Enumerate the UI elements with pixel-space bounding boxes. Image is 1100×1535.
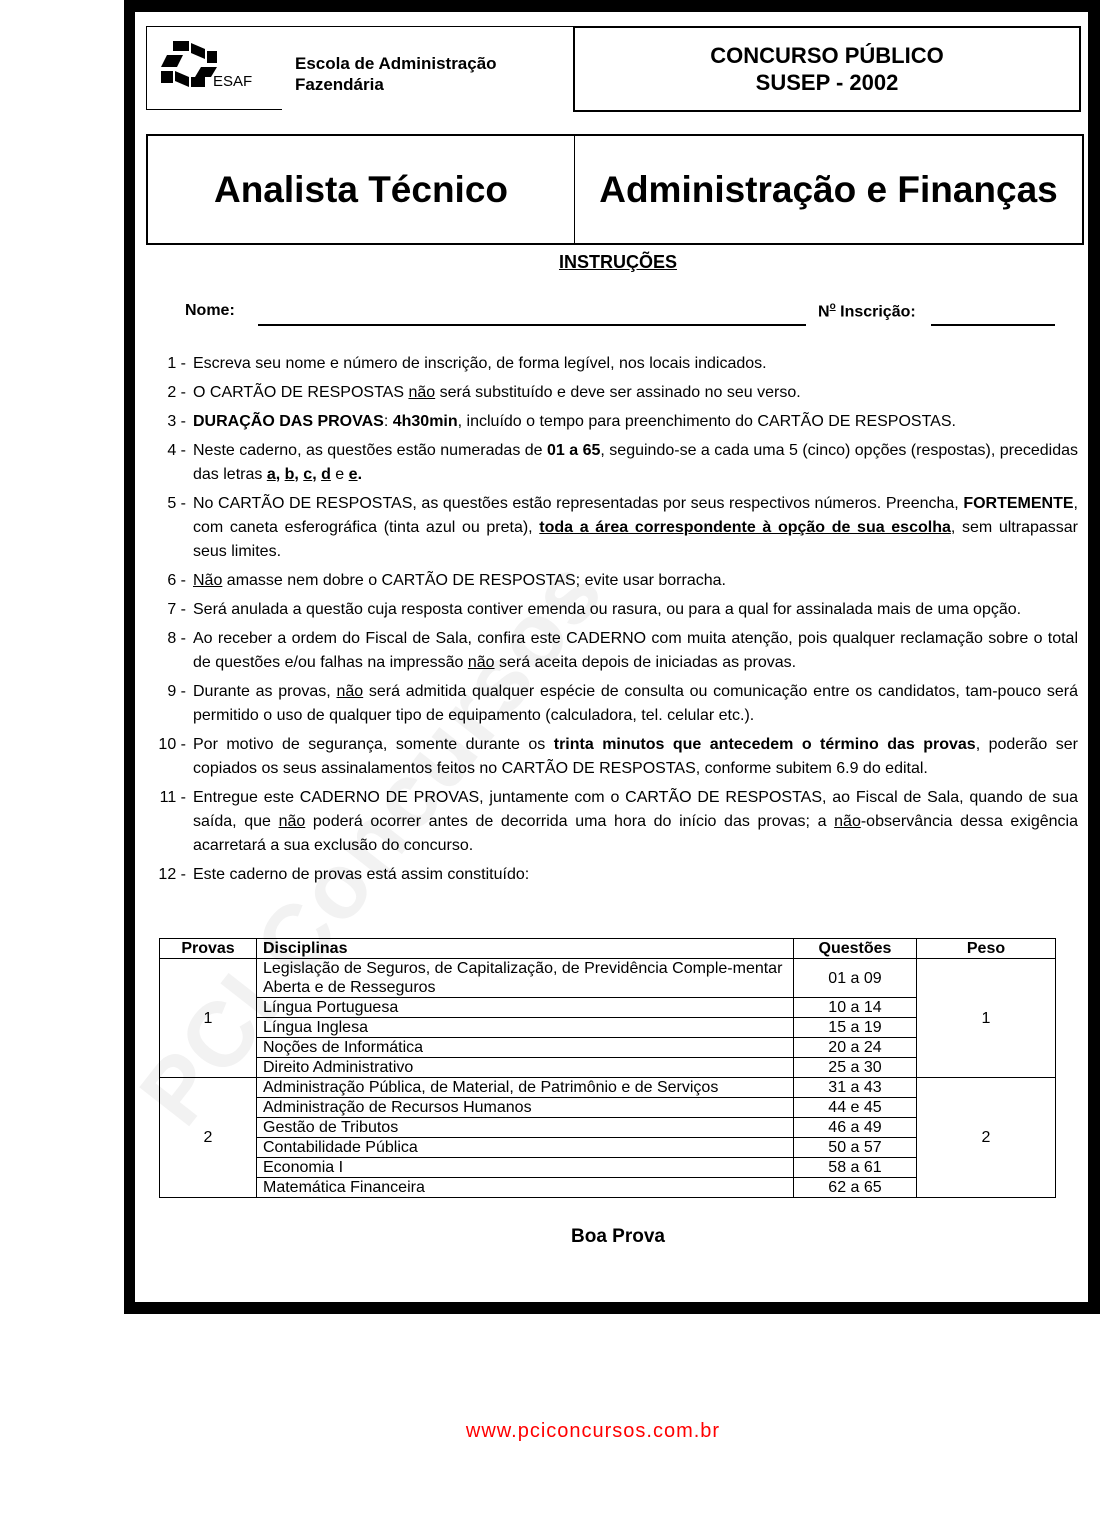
instruction-item: 10 -Por motivo de segurança, somente dur… bbox=[146, 733, 1078, 781]
disciplina-cell: Direito Administrativo bbox=[257, 1058, 794, 1078]
registration-label-text: Inscrição: bbox=[836, 303, 916, 320]
instruction-fragment: c bbox=[303, 466, 312, 483]
instruction-item: 3 -DURAÇÃO DAS PROVAS: 4h30min, incluído… bbox=[146, 410, 1078, 434]
instruction-fragment: 01 a 65 bbox=[547, 442, 600, 459]
registration-field[interactable] bbox=[931, 324, 1055, 326]
instruction-fragment: não bbox=[408, 384, 435, 401]
instruction-fragment: Durante as provas, bbox=[193, 683, 336, 700]
peso-cell: 1 bbox=[917, 959, 1056, 1078]
instruction-fragment: d bbox=[321, 466, 331, 483]
instruction-fragment: não bbox=[336, 683, 363, 700]
instruction-item: 11 -Entregue este CADERNO DE PROVAS, jun… bbox=[146, 786, 1078, 858]
disciplina-cell: Contabilidade Pública bbox=[257, 1138, 794, 1158]
prova-number: 2 bbox=[160, 1078, 257, 1198]
instruction-fragment: amasse nem dobre o CARTÃO DE RESPOSTAS; … bbox=[222, 572, 726, 589]
header-provas: Provas bbox=[160, 939, 257, 959]
instruction-fragment: não bbox=[279, 813, 306, 830]
table-header-row: Provas Disciplinas Questões Peso bbox=[160, 939, 1056, 959]
disciplina-cell: Gestão de Tributos bbox=[257, 1118, 794, 1138]
instruction-number: 7 - bbox=[146, 598, 186, 622]
registration-sup: o bbox=[830, 301, 836, 312]
instruction-number: 6 - bbox=[146, 569, 186, 593]
instruction-fragment: será aceita depois de iniciadas as prova… bbox=[495, 654, 797, 671]
instruction-fragment: e bbox=[331, 466, 349, 483]
header-peso: Peso bbox=[917, 939, 1056, 959]
instruction-fragment: , bbox=[294, 466, 303, 483]
instruction-item: 2 -O CARTÃO DE RESPOSTAS não será substi… bbox=[146, 381, 1078, 405]
instruction-fragment: , incluído o tempo para preenchimento do… bbox=[458, 413, 956, 430]
instruction-fragment: . bbox=[358, 466, 362, 483]
instruction-number: 3 - bbox=[146, 410, 186, 434]
footer-url[interactable]: www.pciconcursos.com.br bbox=[0, 1420, 1100, 1443]
instruction-item: 8 -Ao receber a ordem do Fiscal de Sala,… bbox=[146, 627, 1078, 675]
instruction-item: 12 -Este caderno de provas está assim co… bbox=[146, 863, 1078, 887]
instruction-number: 4 - bbox=[146, 439, 186, 463]
exam-structure-table: Provas Disciplinas Questões Peso 1Legisl… bbox=[159, 938, 1056, 1198]
instruction-fragment: , bbox=[312, 466, 321, 483]
instruction-fragment: será substituído e deve ser assinado no … bbox=[435, 384, 801, 401]
instruction-item: 6 -Não amasse nem dobre o CARTÃO DE RESP… bbox=[146, 569, 1078, 593]
questoes-cell: 31 a 43 bbox=[794, 1078, 917, 1098]
disciplina-cell: Língua Inglesa bbox=[257, 1018, 794, 1038]
instruction-text: Por motivo de segurança, somente durante… bbox=[193, 733, 1078, 781]
instruction-text: Neste caderno, as questões estão numerad… bbox=[193, 439, 1078, 487]
instruction-text: O CARTÃO DE RESPOSTAS não será substituí… bbox=[193, 381, 1078, 405]
disciplina-cell: Matemática Financeira bbox=[257, 1178, 794, 1198]
questoes-cell: 46 a 49 bbox=[794, 1118, 917, 1138]
instruction-number: 12 - bbox=[146, 863, 186, 887]
instructions-heading: INSTRUÇÕES bbox=[0, 252, 1100, 273]
area-title: Administração e Finanças bbox=[575, 136, 1082, 243]
instruction-text: DURAÇÃO DAS PROVAS: 4h30min, incluído o … bbox=[193, 410, 1078, 434]
registration-prefix: N bbox=[818, 303, 830, 320]
disciplina-cell: Língua Portuguesa bbox=[257, 998, 794, 1018]
school-name: Escola de Administração Fazendária bbox=[295, 53, 497, 95]
questoes-cell: 20 a 24 bbox=[794, 1038, 917, 1058]
esaf-logo: ESAF bbox=[161, 41, 261, 91]
instruction-fragment: FORTEMENTE bbox=[963, 495, 1073, 512]
instruction-number: 9 - bbox=[146, 680, 186, 704]
name-field[interactable] bbox=[258, 324, 806, 326]
esaf-logo-icon bbox=[161, 41, 217, 89]
disciplina-cell: Legislação de Seguros, de Capitalização,… bbox=[257, 959, 794, 998]
header-questoes: Questões bbox=[794, 939, 917, 959]
disciplina-cell: Economia I bbox=[257, 1158, 794, 1178]
contest-subtitle: SUSEP - 2002 bbox=[756, 69, 899, 96]
instruction-fragment: b bbox=[285, 466, 295, 483]
instruction-item: 9 -Durante as provas, não será admitida … bbox=[146, 680, 1078, 728]
header-box: ESAF Escola de Administração Fazendária … bbox=[146, 26, 1084, 111]
instruction-item: 1 -Escreva seu nome e número de inscriçã… bbox=[146, 352, 1078, 376]
instruction-number: 5 - bbox=[146, 492, 186, 516]
instruction-fragment: não bbox=[468, 654, 495, 671]
disciplina-cell: Administração de Recursos Humanos bbox=[257, 1098, 794, 1118]
questoes-cell: 10 a 14 bbox=[794, 998, 917, 1018]
instruction-fragment: trinta minutos que antecedem o término d… bbox=[554, 736, 976, 753]
disciplina-cell: Administração Pública, de Material, de P… bbox=[257, 1078, 794, 1098]
disciplina-cell: Noções de Informática bbox=[257, 1038, 794, 1058]
table-row: 2Administração Pública, de Material, de … bbox=[160, 1078, 1056, 1098]
instruction-fragment: Não bbox=[193, 572, 222, 589]
instruction-fragment: a bbox=[267, 466, 276, 483]
instruction-fragment: Neste caderno, as questões estão numerad… bbox=[193, 442, 547, 459]
questoes-cell: 58 a 61 bbox=[794, 1158, 917, 1178]
school-name-line1: Escola de Administração bbox=[295, 53, 497, 74]
instruction-text: Escreva seu nome e número de inscrição, … bbox=[193, 352, 1078, 376]
contest-title: CONCURSO PÚBLICO bbox=[710, 42, 943, 69]
header-disciplinas: Disciplinas bbox=[257, 939, 794, 959]
instruction-text: Não amasse nem dobre o CARTÃO DE RESPOST… bbox=[193, 569, 1078, 593]
instruction-number: 11 - bbox=[146, 786, 186, 810]
peso-cell: 2 bbox=[917, 1078, 1056, 1198]
instruction-text: Ao receber a ordem do Fiscal de Sala, co… bbox=[193, 627, 1078, 675]
instruction-text: Entregue este CADERNO DE PROVAS, juntame… bbox=[193, 786, 1078, 858]
instruction-item: 7 -Será anulada a questão cuja resposta … bbox=[146, 598, 1078, 622]
closing-text: Boa Prova bbox=[0, 1226, 1100, 1248]
instruction-fragment: DURAÇÃO DAS PROVAS bbox=[193, 413, 384, 430]
instruction-number: 10 - bbox=[146, 733, 186, 757]
title-box: Analista Técnico Administração e Finança… bbox=[146, 134, 1084, 245]
instruction-text: No CARTÃO DE RESPOSTAS, as questões estã… bbox=[193, 492, 1078, 564]
instruction-fragment: poderá ocorrer antes de decorrida uma ho… bbox=[305, 813, 834, 830]
instruction-fragment: O CARTÃO DE RESPOSTAS bbox=[193, 384, 408, 401]
contest-cell: CONCURSO PÚBLICO SUSEP - 2002 bbox=[573, 26, 1081, 112]
questoes-cell: 01 a 09 bbox=[794, 959, 917, 998]
table-row: 1Legislação de Seguros, de Capitalização… bbox=[160, 959, 1056, 998]
logo-text: ESAF bbox=[213, 73, 252, 90]
instruction-fragment: e bbox=[349, 466, 358, 483]
instruction-number: 8 - bbox=[146, 627, 186, 651]
institution-cell: ESAF Escola de Administração Fazendária bbox=[146, 26, 574, 110]
instruction-fragment: 4h30min bbox=[393, 413, 458, 430]
questoes-cell: 62 a 65 bbox=[794, 1178, 917, 1198]
instruction-text: Será anulada a questão cuja resposta con… bbox=[193, 598, 1078, 622]
instruction-fragment: No CARTÃO DE RESPOSTAS, as questões estã… bbox=[193, 495, 963, 512]
instruction-fragment: não bbox=[834, 813, 861, 830]
position-title: Analista Técnico bbox=[148, 136, 575, 243]
instruction-fragment: toda a área correspondente à opção de su… bbox=[539, 519, 951, 536]
header-divider bbox=[146, 109, 282, 110]
instruction-fragment: Será anulada a questão cuja resposta con… bbox=[193, 601, 1021, 618]
questoes-cell: 25 a 30 bbox=[794, 1058, 917, 1078]
registration-label: No Inscrição: bbox=[818, 302, 916, 321]
instruction-fragment: Escreva seu nome e número de inscrição, … bbox=[193, 355, 767, 372]
instruction-number: 1 - bbox=[146, 352, 186, 376]
questoes-cell: 44 e 45 bbox=[794, 1098, 917, 1118]
questoes-cell: 50 a 57 bbox=[794, 1138, 917, 1158]
instruction-text: Durante as provas, não será admitida qua… bbox=[193, 680, 1078, 728]
prova-number: 1 bbox=[160, 959, 257, 1078]
instruction-fragment: Este caderno de provas está assim consti… bbox=[193, 866, 529, 883]
name-label: Nome: bbox=[185, 302, 235, 320]
questoes-cell: 15 a 19 bbox=[794, 1018, 917, 1038]
instruction-item: 4 -Neste caderno, as questões estão nume… bbox=[146, 439, 1078, 487]
school-name-line2: Fazendária bbox=[295, 74, 497, 95]
instruction-fragment: , bbox=[276, 466, 285, 483]
instruction-item: 5 -No CARTÃO DE RESPOSTAS, as questões e… bbox=[146, 492, 1078, 564]
instruction-fragment: : bbox=[384, 413, 393, 430]
instruction-text: Este caderno de provas está assim consti… bbox=[193, 863, 1078, 887]
instruction-number: 2 - bbox=[146, 381, 186, 405]
instruction-fragment: Por motivo de segurança, somente durante… bbox=[193, 736, 554, 753]
instructions-list: 1 -Escreva seu nome e número de inscriçã… bbox=[146, 352, 1078, 892]
